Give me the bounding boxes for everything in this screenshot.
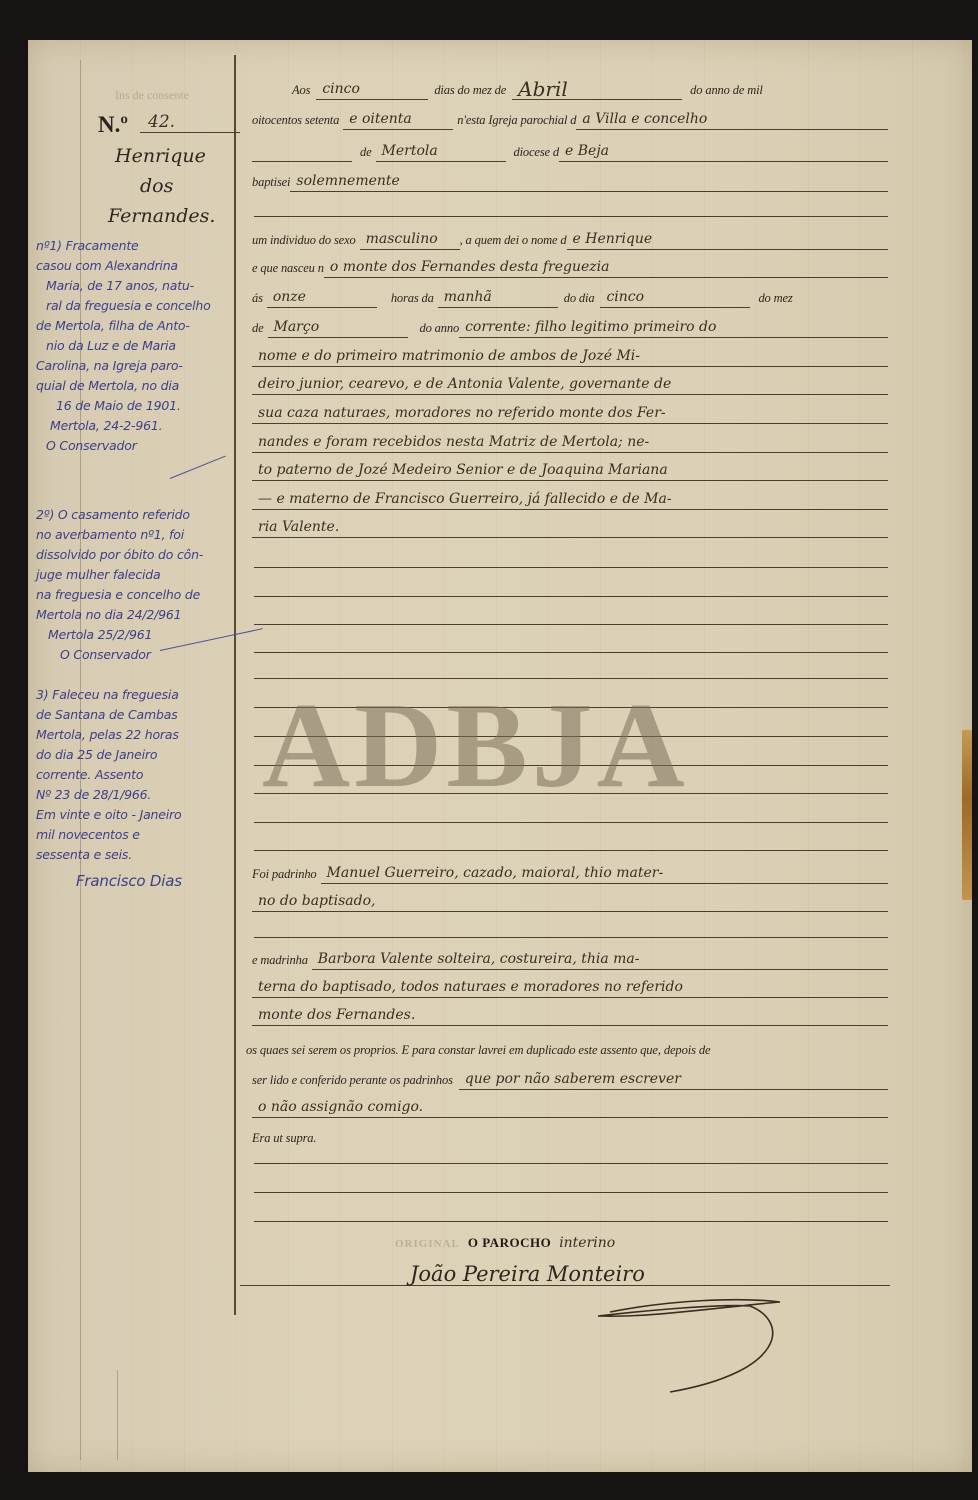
note-line: quial de Mertola, no dia [36,376,236,396]
godfather-line-2: no do baptisado, [252,890,888,912]
archive-watermark: ADBJA [262,676,689,816]
note-line: Mertola 25/2/961 [36,625,236,645]
note-line: Nº 23 de 28/1/966. [36,785,236,805]
closing-line-2: ser lido e conferido perante os padrinho… [252,1068,888,1090]
page-edge-stain [962,730,972,900]
entry-number-label: N.º [98,112,128,138]
body-line: nome e do primeiro matrimonio de ambos d… [252,345,888,367]
printed-text: e que nasceu n [252,261,324,278]
signature-flourish-icon [590,1292,790,1402]
closing-line-3: o não assignão comigo. [252,1096,888,1118]
printed-text: Aos [252,83,310,100]
form-line-8: ás onze horas da manhã do dia cinco do m… [252,286,888,308]
note-line: nº1) Fracamente [36,236,236,256]
printed-text: , a quem dei o nome d [460,233,567,250]
filiation-text: nome e do primeiro matrimonio de ambos d… [252,346,888,367]
faint-printed-text: ORIGINAL [395,1238,460,1250]
annotation-note-3: 3) Faleceu na freguesia de Santana de Ca… [36,685,236,891]
note-line: Carolina, na Igreja paro- [36,356,236,376]
form-line-1: Aos cinco dias do mez de Abril do anno d… [252,78,888,100]
note-line: juge mulher falecida [36,565,236,585]
printed-text: um individuo do sexo [252,233,356,250]
note-line: Mertola, pelas 22 horas [36,725,236,745]
body-line: nandes e foram recebidos nesta Matriz de… [252,431,888,453]
field-birth-day: cinco [600,287,750,308]
field-year: e oitenta [343,109,453,130]
body-line: — e materno de Francisco Guerreiro, já f… [252,488,888,510]
form-line-3: de Mertola diocese d e Beja [252,140,888,162]
margin-name-last: Fernandes. [108,205,215,227]
note-line: 16 de Maio de 1901. [36,396,236,416]
body-line: ria Valente. [252,516,888,538]
faint-printed-text: Ins de consente [115,88,189,103]
printed-text: horas da [391,291,434,308]
field-municipality: Mertola [376,141,506,162]
printed-text: do anno de mil [690,83,763,100]
godmother-field: terna do baptisado, todos naturaes e mor… [252,977,888,998]
body-line: sua caza naturaes, moradores no referido… [252,402,888,424]
godmother-field: Barbora Valente solteira, costureira, th… [312,949,888,970]
annotation-note-2: 2º) O casamento referido no averbamento … [36,505,236,665]
field-parish: a Villa e concelho [576,109,888,130]
note-line: Em vinte e oito - Janeiro [36,805,236,825]
body-line: to paterno de Jozé Medeiro Senior e de J… [252,459,888,481]
parocho-title: interino [559,1235,615,1251]
era-ut-supra: Era ut supra. [252,1131,316,1148]
blank-rule [254,1163,888,1164]
godfather-line: Foi padrinho Manuel Guerreiro, cazado, m… [252,862,888,884]
printed-text: n'esta Igreja parochial d [457,113,576,130]
blank-rule [254,596,888,597]
printed-text: do mez [758,291,792,308]
entry-number-value: 42. [140,112,240,133]
blank-rule [254,1221,888,1222]
field-baptism-manner: solemnemente [290,171,888,192]
note-line: O Conservador [36,436,236,456]
signing-field: que por não saberem escrever [459,1069,888,1090]
signing-field: o não assignão comigo. [252,1097,888,1118]
note-line: ral da freguesia e concelho [36,296,236,316]
field-given-name: e Henrique [567,229,889,250]
godfather-label: Foi padrinho [252,867,317,884]
field-birthplace: o monte dos Fernandes desta freguezia [324,257,888,278]
blank-rule [254,1192,888,1193]
field-diocese: e Beja [559,141,888,162]
field-blank [252,141,352,162]
note-line: do dia 25 de Janeiro [36,745,236,765]
note-line: casou com Alexandrina [36,256,236,276]
godmother-line-2: terna do baptisado, todos naturaes e mor… [252,976,888,998]
filiation-text: ria Valente. [252,517,888,538]
printed-text: do dia [564,291,595,308]
priest-signature: João Pereira Monteiro [410,1262,645,1286]
margin-ruling [117,1370,118,1460]
filiation-text: deiro junior, cearevo, e de Antonia Vale… [252,374,888,395]
blank-rule [254,822,888,823]
note-line: corrente. Assento [36,765,236,785]
godfather-field: no do baptisado, [252,891,888,912]
printed-text: baptisei [252,175,290,192]
note-line: 3) Faleceu na freguesia [36,685,236,705]
filiation-text: nandes e foram recebidos nesta Matriz de… [252,432,888,453]
form-line-6: um individuo do sexo masculino , a quem … [252,228,888,250]
note-line: mil novecentos e [36,825,236,845]
note-line: no averbamento nº1, foi [36,525,236,545]
parocho-line: ORIGINAL O PAROCHO interino [395,1235,615,1251]
filiation-text: sua caza naturaes, moradores no referido… [252,403,888,424]
note-line: O Conservador [36,645,236,665]
note-line: de Mertola, filha de Anto- [36,316,236,336]
field-month: Abril [512,79,682,100]
note-line: Mertola, 24-2-961. [36,416,236,436]
form-line-7: e que nasceu n o monte dos Fernandes des… [252,256,888,278]
body-line: deiro junior, cearevo, e de Antonia Vale… [252,373,888,395]
printed-text: de [252,321,264,338]
filiation-text: — e materno de Francisco Guerreiro, já f… [252,489,888,510]
godmother-line: e madrinha Barbora Valente solteira, cos… [252,948,888,970]
printed-text: de [360,145,372,162]
era-line: Era ut supra. [252,1126,888,1148]
note-line: dissolvido por óbito do côn- [36,545,236,565]
margin-name-first: Henrique [115,145,206,167]
blank-rule [254,567,888,568]
filiation-text: to paterno de Jozé Medeiro Senior e de J… [252,460,888,481]
godfather-field: Manuel Guerreiro, cazado, maioral, thio … [321,863,888,884]
annotation-note-1: nº1) Fracamente casou com Alexandrina Ma… [36,236,236,456]
field-period: manhã [438,287,558,308]
printed-text: do anno [420,321,460,338]
printed-text: ser lido e conferido perante os padrinho… [252,1073,453,1090]
note-line: sessenta e seis. [36,845,236,865]
godmother-label: e madrinha [252,953,308,970]
field-hour: onze [267,287,377,308]
note-line: de Santana de Cambas [36,705,236,725]
note-line: Maria, de 17 anos, natu- [36,276,236,296]
blank-rule [254,624,888,625]
blank-rule [254,216,888,217]
printed-text: oitocentos setenta [252,113,339,130]
printed-text: dias do mez de [434,83,506,100]
note-signature: Francisco Dias [36,871,236,891]
field-birth-month: Março [268,317,408,338]
form-line-2: oitocentos setenta e oitenta n'esta Igre… [252,108,888,130]
field-filiation: corrente: filho legitimo primeiro do [459,317,888,338]
blank-rule [254,937,888,938]
field-sex: masculino [360,229,460,250]
blank-rule [254,652,888,653]
form-line-4: baptisei solemnemente [252,170,888,192]
closing-line-1: os quaes sei serem os proprios. E para c… [246,1038,896,1060]
field-day: cinco [316,79,428,100]
godmother-line-3: monte dos Fernandes. [252,1004,888,1026]
margin-name-middle: dos [140,175,173,197]
note-line: 2º) O casamento referido [36,505,236,525]
note-line: na freguesia e concelho de [36,585,236,605]
form-line-9: de Março do anno corrente: filho legitim… [252,316,888,338]
printed-text: diocese d [514,145,560,162]
godmother-field: monte dos Fernandes. [252,1005,888,1026]
blank-rule [254,850,888,851]
note-line: nio da Luz e de Maria [36,336,236,356]
note-line: Mertola no dia 24/2/961 [36,605,236,625]
parocho-label: O PAROCHO [468,1235,551,1251]
printed-text: os quaes sei serem os proprios. E para c… [246,1043,710,1060]
printed-text: ás [252,291,263,308]
